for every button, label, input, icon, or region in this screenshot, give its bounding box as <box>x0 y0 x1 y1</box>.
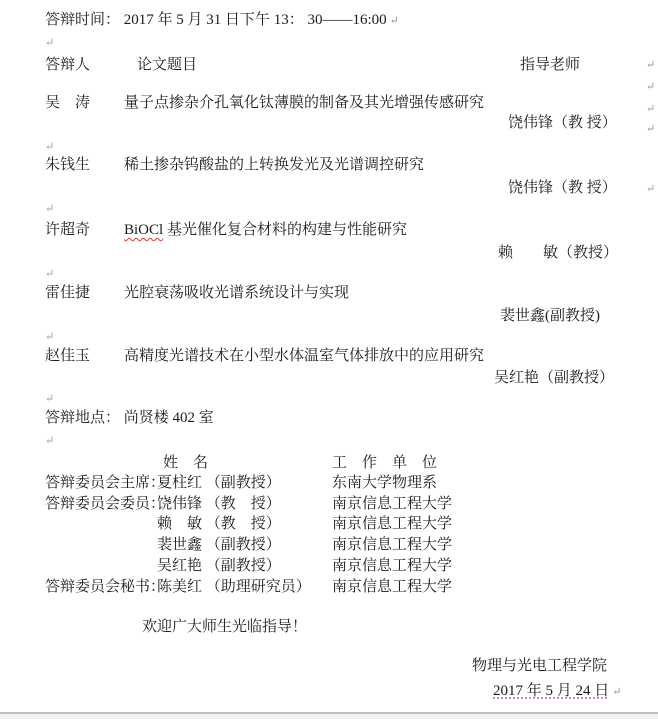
committee-unit: 南京信息工程大学 <box>332 494 452 514</box>
defense-time-line: 答辩时间： 2017 年 5 月 31 日下午 13： 30——16:00↵ <box>45 10 399 31</box>
header-candidate: 答辩人 <box>45 55 90 75</box>
advisor-name: 裴世鑫(副教授) <box>500 306 600 326</box>
committee-person: 夏柱红 （副教授） <box>157 473 281 493</box>
candidate-name: 吴 涛 <box>45 93 90 113</box>
welcome-line: 欢迎广大师生光临指导！ <box>142 617 307 637</box>
committee-role: 答辩委员会委员： <box>45 494 165 514</box>
committee-person: 陈美红 （助理研究员） <box>157 577 311 597</box>
page-bottom-strip <box>0 714 658 719</box>
paragraph-mark-icon: ↵ <box>45 392 54 406</box>
candidate-name: 朱钱生 <box>45 155 90 175</box>
venue-line: 答辩地点： 尚贤楼 402 室 <box>45 408 214 428</box>
committee-unit: 东南大学物理系 <box>332 473 437 493</box>
smart-tag-date: 2017 年 5 月 24 日 <box>493 683 609 699</box>
committee-unit: 南京信息工程大学 <box>332 535 452 555</box>
paragraph-mark-icon: ↵ <box>45 140 54 154</box>
committee-header-name: 姓 名 <box>163 453 208 473</box>
misspelled-word: BiOCl <box>124 222 163 238</box>
thesis-title: 光腔衰荡吸收光谱系统设计与实现 <box>124 283 349 303</box>
thesis-title: 高精度光谱技术在小型水体温室气体排放中的应用研究 <box>124 346 484 366</box>
committee-person: 赖 敏 （教 授） <box>157 514 281 534</box>
paragraph-mark-icon: ↵ <box>646 58 655 72</box>
header-advisor: 指导老师 <box>520 55 580 75</box>
thesis-title-rest: 基光催化复合材料的构建与性能研究 <box>163 222 407 238</box>
committee-person: 裴世鑫 （副教授） <box>157 535 281 555</box>
committee-person: 饶伟锋 （教 授） <box>157 494 281 514</box>
paragraph-mark-icon: ↵ <box>646 182 655 196</box>
paragraph-mark-icon: ↵ <box>390 15 399 27</box>
committee-header-unit: 工 作 单 位 <box>332 453 437 473</box>
paragraph-mark-icon: ↵ <box>45 267 54 281</box>
advisor-name: 赖 敏（教授） <box>498 243 618 263</box>
thesis-title: 量子点掺杂介孔氧化钛薄膜的制备及其光增强传感研究 <box>124 93 484 113</box>
committee-unit: 南京信息工程大学 <box>332 514 452 534</box>
committee-person: 吴红艳 （副教授） <box>157 556 281 576</box>
defense-time-text: 答辩时间： 2017 年 5 月 31 日下午 13： 30——16:00 <box>45 12 387 28</box>
paragraph-mark-icon: ↵ <box>646 102 655 116</box>
paragraph-mark-icon: ↵ <box>45 330 54 344</box>
candidate-name: 赵佳玉 <box>45 346 90 366</box>
candidate-name: 许超奇 <box>45 220 90 240</box>
header-thesis-title: 论文题目 <box>137 55 197 75</box>
advisor-name: 饶伟锋（教 授） <box>508 113 617 133</box>
candidate-name: 雷佳捷 <box>45 283 90 303</box>
signature-line: 物理与光电工程学院 <box>472 656 607 676</box>
paragraph-mark-icon: ↵ <box>646 80 655 94</box>
paragraph-mark-icon: ↵ <box>612 686 621 698</box>
paragraph-mark-icon: ↵ <box>646 122 655 136</box>
committee-role: 答辩委员会秘书： <box>45 577 165 597</box>
defense-notice-document: 答辩时间： 2017 年 5 月 31 日下午 13： 30——16:00↵ ↵… <box>0 0 658 719</box>
thesis-title: 稀土掺杂钨酸盐的上转换发光及光谱调控研究 <box>124 155 424 175</box>
committee-unit: 南京信息工程大学 <box>332 577 452 597</box>
advisor-name: 吴红艳（副教授） <box>494 368 614 388</box>
committee-unit: 南京信息工程大学 <box>332 556 452 576</box>
thesis-title: BiOCl 基光催化复合材料的构建与性能研究 <box>124 220 407 240</box>
paragraph-mark-icon: ↵ <box>45 434 54 448</box>
committee-role: 答辩委员会主席： <box>45 473 165 493</box>
paragraph-mark-icon: ↵ <box>45 202 54 216</box>
paragraph-mark-icon: ↵ <box>45 36 54 50</box>
advisor-name: 饶伟锋（教 授） <box>508 178 617 198</box>
date-line: 2017 年 5 月 24 日↵ <box>493 681 621 702</box>
